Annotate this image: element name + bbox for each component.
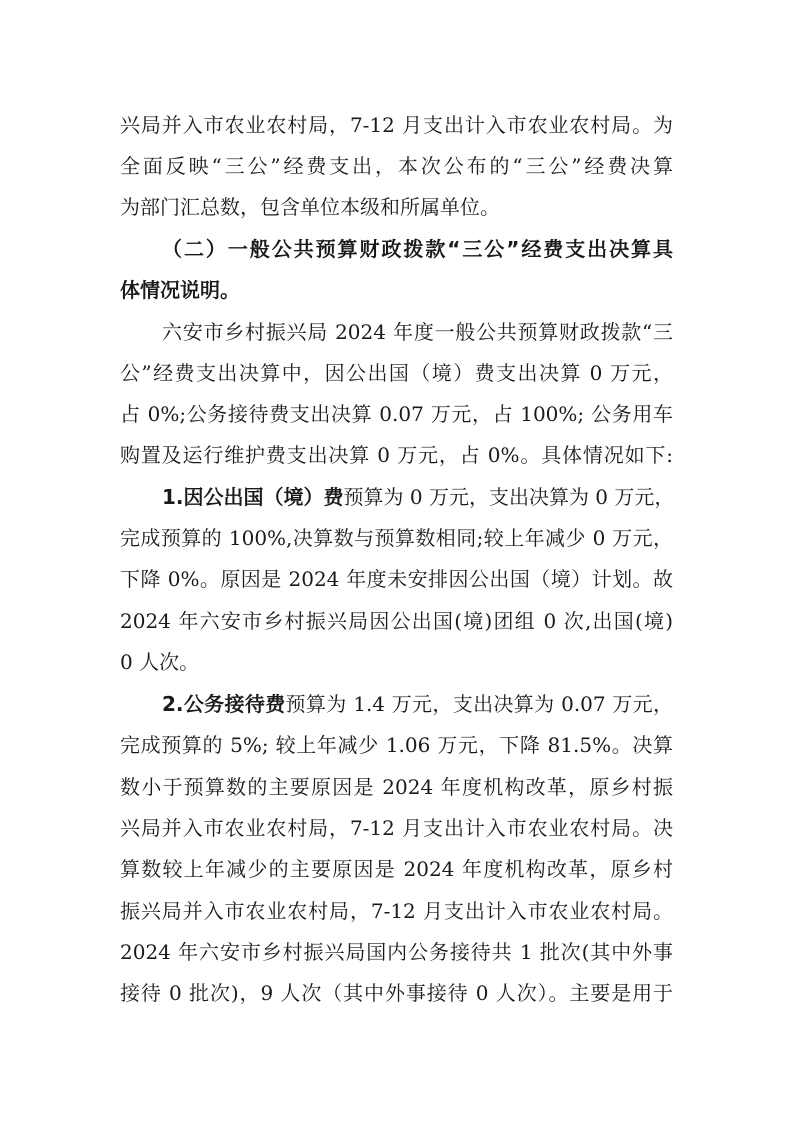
paragraph-line: 全面反映“三公”经费支出，本次公布的“三公”经费决算	[120, 151, 673, 181]
paragraph-line: 0 人次。	[120, 647, 673, 677]
paragraph-line: 完成预算的 100%,决算数与预算数相同;较上年减少 0 万元，	[120, 523, 673, 553]
paragraph-line: 公”经费支出决算中，因公出国（境）费支出决算 0 万元，	[120, 358, 673, 388]
paragraph-line: 算数较上年减少的主要原因是 2024 年度机构改革，原乡村	[120, 854, 673, 884]
paragraph-line: 购置及运行维护费支出决算 0 万元，占 0%。具体情况如下:	[120, 440, 673, 470]
item-2-title: 2.公务接待费	[162, 692, 286, 716]
paragraph-line: 2024 年六安市乡村振兴局因公出国(境)团组 0 次,出国(境)	[120, 606, 673, 636]
item-2-text: 预算为 1.4 万元，支出决算为 0.07 万元，	[286, 692, 673, 716]
paragraph-line: 2024 年六安市乡村振兴局国内公务接待共 1 批次(其中外事	[120, 937, 673, 967]
paragraph-line: 兴局并入市农业农村局，7-12 月支出计入市农业农村局。为	[120, 110, 673, 140]
document-page: 兴局并入市农业农村局，7-12 月支出计入市农业农村局。为 全面反映“三公”经费…	[0, 0, 793, 1122]
item-1-title: 1.因公出国（境）费	[162, 485, 344, 509]
paragraph-line: 下降 0%。原因是 2024 年度未安排因公出国（境）计划。故	[120, 564, 673, 594]
paragraph-line: 为部门汇总数，包含单位本级和所属单位。	[120, 192, 673, 222]
paragraph-line: 占 0%;公务接待费支出决算 0.07 万元，占 100%; 公务用车	[120, 399, 673, 429]
paragraph-line: 数小于预算数的主要原因是 2024 年度机构改革，原乡村振	[120, 772, 673, 802]
section-heading: 体情况说明。	[120, 275, 673, 305]
item-1-text: 预算为 0 万元，支出决算为 0 万元，	[344, 485, 675, 509]
paragraph-line: 接待 0 批次)，9 人次（其中外事接待 0 人次）。主要是用于	[120, 978, 673, 1008]
item-2-first-line: 2.公务接待费预算为 1.4 万元，支出决算为 0.07 万元，	[162, 689, 673, 719]
paragraph-line: 振兴局并入市农业农村局，7-12 月支出计入市农业农村局。	[120, 896, 673, 926]
paragraph-line: 六安市乡村振兴局 2024 年度一般公共预算财政拨款“三	[162, 317, 673, 347]
item-1-first-line: 1.因公出国（境）费预算为 0 万元，支出决算为 0 万元，	[162, 482, 673, 512]
paragraph-line: 完成预算的 5%; 较上年减少 1.06 万元，下降 81.5%。决算	[120, 730, 673, 760]
paragraph-line: 兴局并入市农业农村局，7-12 月支出计入市农业农村局。决	[120, 813, 673, 843]
section-heading: （二）一般公共预算财政拨款“三公”经费支出决算具	[162, 234, 673, 264]
